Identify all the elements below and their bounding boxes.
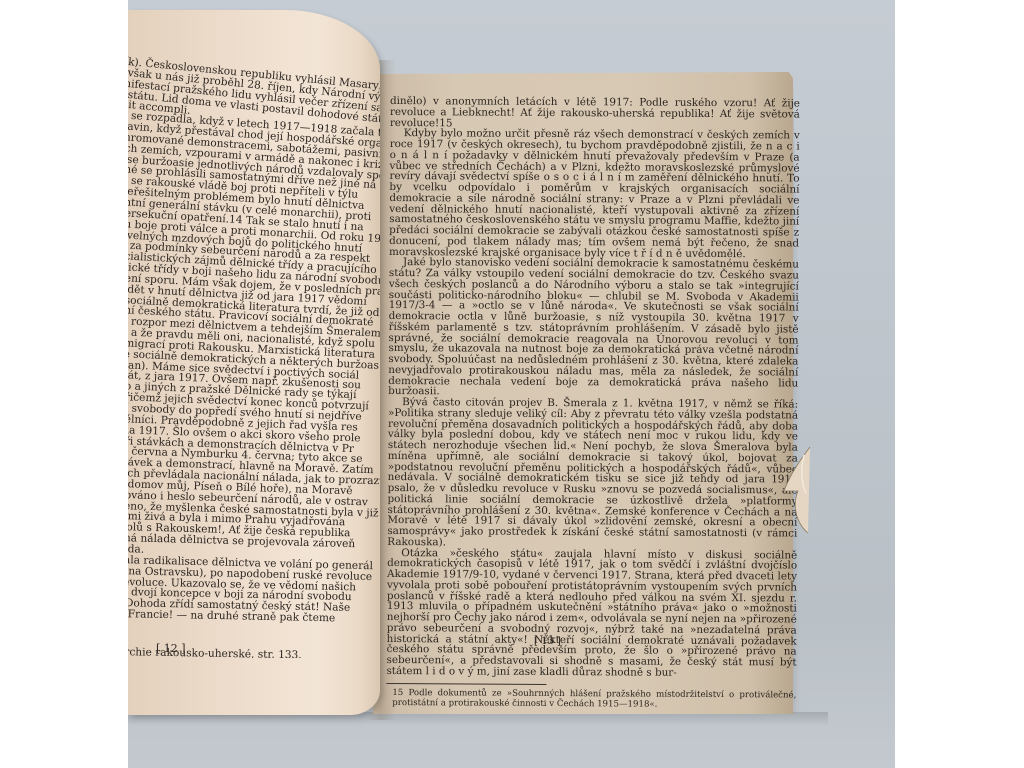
torn-corner-fold	[780, 445, 812, 535]
paragraph: dinělo) v anonymních letácích v létě 191…	[390, 96, 800, 131]
right-page-text: dinělo) v anonymních letácích v létě 191…	[386, 96, 800, 710]
left-page: ník). Československou republiku vyhlásil…	[128, 10, 380, 715]
page-number-left: [ 12 ]	[156, 642, 186, 655]
paragraph: Bývá často citován projev B. Šmerala z 1…	[387, 397, 798, 550]
footnote: 15 Podle dokumentů ze »Souhrnných hlášen…	[386, 687, 796, 710]
left-page-text: ník). Československou republiku vyhlásil…	[128, 56, 380, 658]
paragraph: Jaké bylo stanovisko vedení sociální dem…	[388, 257, 799, 399]
book-photograph: dinělo) v anonymních letácích v létě 191…	[128, 0, 895, 768]
paragraph: Otázka »českého státu« zaujala hlavní mí…	[386, 547, 797, 679]
paragraph: Kdyby bylo možno určit přesně ráz všech …	[389, 128, 800, 260]
page-number-right: [ 13 ]	[534, 636, 561, 647]
footnote-divider	[386, 682, 546, 684]
